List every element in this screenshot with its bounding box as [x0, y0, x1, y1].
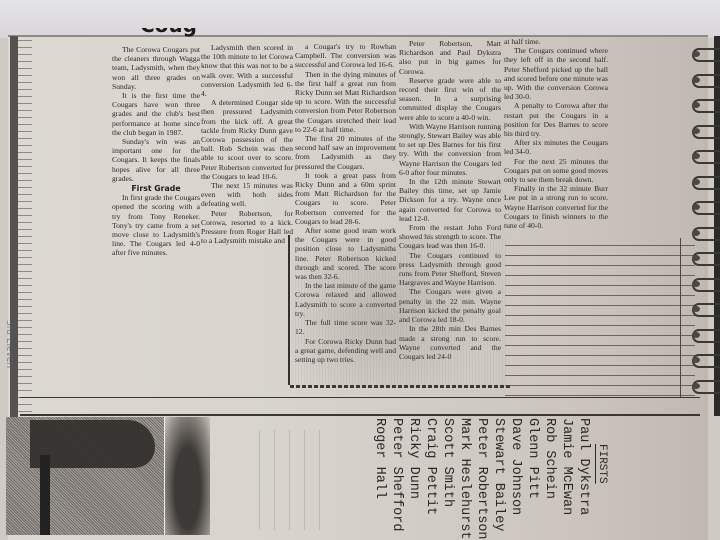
column-rule	[288, 235, 290, 385]
handwritten-note: 3rd Eleven	[0, 320, 14, 420]
team-member: Stewart Bailey	[491, 418, 506, 540]
paragraph: In first grade the Cougars opened the sc…	[112, 193, 200, 257]
photo-goal-post	[40, 455, 50, 535]
paragraph: The Corowa Cougars put the cleaners thro…	[112, 45, 200, 91]
paragraph: The full time score was 32-12.	[295, 318, 396, 336]
paragraph: at half time.	[504, 37, 608, 46]
team-member: Ricky Dunn	[406, 418, 421, 540]
paragraph: A determined Cougar side then pressured …	[201, 98, 293, 181]
article-column-3: a Cougar's try to Rowhan Campbell. The c…	[295, 42, 396, 364]
paragraph: After some good team work the Cougars we…	[295, 226, 396, 281]
spiral-ring-icon	[692, 354, 720, 368]
spiral-ring-icon	[692, 329, 720, 343]
team-member: Roger Hall	[372, 418, 387, 540]
paragraph: In the 12th minute Stewart Bailey this t…	[399, 177, 501, 223]
team-list-firsts: FIRSTS Paul Dykstra Jamie McEwan Rob Sch…	[340, 418, 610, 540]
paragraph: The Cougars were given a penalty in the …	[399, 287, 501, 324]
paragraph: With Wayne Harrison running strongly, St…	[399, 122, 501, 177]
dashed-rule	[290, 385, 510, 388]
paragraph: Ladysmith then scored in the 10th minute…	[201, 43, 293, 98]
faint-print-marks	[245, 430, 325, 530]
paragraph: Finally in the 32 minute Burr Lee put in…	[504, 184, 608, 230]
team-member: Mark Heslehurst	[457, 418, 472, 540]
paragraph: Peter Robertson, for Corowa, resorted to…	[201, 209, 293, 246]
section-divider	[20, 414, 700, 416]
paragraph: In the 28th min Des Barnes made a strong…	[399, 324, 501, 361]
paragraph: The next 15 minutes was even with both s…	[201, 181, 293, 209]
spiral-ring-icon	[692, 150, 720, 164]
team-member: Scott Smith	[440, 418, 455, 540]
spiral-ring-icon	[692, 48, 720, 62]
spiral-ring-icon	[692, 176, 720, 190]
paragraph: Reserve grade were able to record their …	[399, 76, 501, 122]
paragraph: After six minutes the Cougars led 34-0.	[504, 138, 608, 156]
spiral-ring-icon	[692, 227, 720, 241]
paragraph: a Cougar's try to Rowhan Campbell. The c…	[295, 42, 396, 70]
paragraph: In the last minute of the game Corowa re…	[295, 281, 396, 318]
team-list-title: FIRSTS	[596, 444, 608, 484]
spiral-ring-icon	[692, 252, 720, 266]
team-member: Jamie McEwan	[559, 418, 574, 540]
paragraph: From the restart John Ford showed his st…	[399, 223, 501, 251]
paragraph: Sunday's win was an important one for th…	[112, 137, 200, 183]
ruled-lines-area	[505, 238, 695, 398]
paragraph: A penalty to Corowa after the restart pu…	[504, 101, 608, 138]
article-column-5: at half time. The Cougars continued wher…	[504, 37, 608, 230]
paragraph: The first 20 minutes of the second half …	[295, 134, 396, 171]
team-member: Craig Pettit	[423, 418, 438, 540]
paragraph: It took a great pass from Ricky Dunn and…	[295, 171, 396, 226]
team-member: Paul Dykstra	[576, 418, 591, 540]
article-heading-fragment: Coug	[140, 28, 230, 40]
team-member: Dave Johnson	[508, 418, 523, 540]
subheading-first-grade: First Grade	[112, 184, 200, 193]
team-member: Peter Shefford	[389, 418, 404, 540]
paragraph: The Cougars continued to press Ladysmith…	[399, 251, 501, 288]
paragraph: The Cougars continued where they left of…	[504, 46, 608, 101]
photo-trees	[165, 417, 210, 535]
spiral-ring-icon	[692, 303, 720, 317]
spiral-ring-icon	[692, 278, 720, 292]
article-column-1: The Corowa Cougars put the cleaners thro…	[112, 45, 200, 258]
paragraph: It is the first time the Cougars have wo…	[112, 91, 200, 137]
heading-text: Coug	[140, 28, 197, 37]
article-column-4: Peter Robertson, Matt Richardson and Pau…	[399, 39, 501, 361]
paragraph: For Corowa Ricky Dunn had a great game, …	[295, 337, 396, 365]
team-member: Peter Robertson	[474, 418, 489, 540]
paragraph: Then in the dying minutes of the first h…	[295, 70, 396, 134]
spiral-ring-icon	[692, 201, 720, 215]
margin-line	[680, 238, 681, 398]
background-surface	[0, 0, 720, 38]
section-divider	[20, 397, 700, 398]
team-member: Rob Schein	[542, 418, 557, 540]
spiral-ring-icon	[692, 99, 720, 113]
spiral-ring-icon	[692, 380, 720, 394]
article-column-2: Ladysmith then scored in the 10th minute…	[201, 43, 293, 245]
spiral-ring-icon	[692, 125, 720, 139]
paragraph: Peter Robertson, Matt Richardson and Pau…	[399, 39, 501, 76]
paragraph: For the next 25 minutes the Cougars put …	[504, 157, 608, 185]
team-member: Glenn Pitt	[525, 418, 540, 540]
spiral-ring-icon	[692, 74, 720, 88]
